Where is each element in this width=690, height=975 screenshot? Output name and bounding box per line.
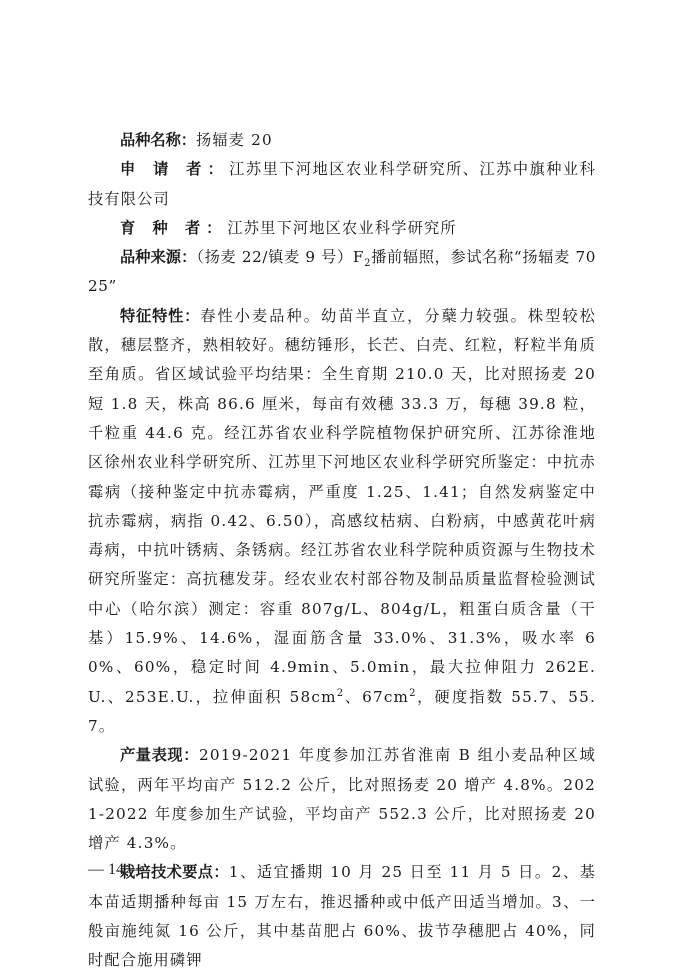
characteristics-label: 特征特性：: [120, 307, 200, 325]
document-page: 品种名称：扬辐麦 20 申 请 者：江苏里下河地区农业科学研究所、江苏中旗种业科…: [88, 126, 596, 975]
characteristics-paragraph: 特征特性：春性小麦品种。幼苗半直立，分蘖力较强。株型较松散，穗层整齐，熟相较好。…: [88, 302, 596, 741]
characteristics-value-part1: 春性小麦品种。幼苗半直立，分蘖力较强。株型较松散，穗层整齐，熟相较好。穗纺锤形，…: [88, 307, 596, 706]
cultivation-paragraph: 栽培技术要点：1、适宜播期 10 月 25 日至 11 月 5 日。2、基本苗适…: [88, 858, 596, 975]
origin-subscript: 2: [364, 258, 371, 269]
origin-paragraph: 品种来源：（扬麦 22/镇麦 9 号）F2播前辐照，参试名称“扬辐麦 7025”: [88, 243, 596, 302]
characteristics-value-part2: 、67cm: [344, 688, 409, 706]
variety-name-label: 品种名称：: [120, 131, 196, 149]
origin-label: 品种来源：: [120, 248, 196, 266]
variety-name-paragraph: 品种名称：扬辐麦 20: [88, 126, 596, 155]
applicant-label: 申 请 者：: [120, 160, 229, 178]
applicant-paragraph: 申 请 者：江苏里下河地区农业科学研究所、江苏中旗种业科技有限公司: [88, 155, 596, 214]
variety-name-value: 扬辐麦 20: [196, 131, 273, 149]
breeder-label: 育 种 者：: [120, 219, 227, 237]
yield-paragraph: 产量表现：2019-2021 年度参加江苏省淮南 B 组小麦品种区域试验，两年平…: [88, 741, 596, 858]
breeder-paragraph: 育 种 者：江苏里下河地区农业科学研究所: [88, 214, 596, 243]
yield-label: 产量表现：: [120, 746, 199, 764]
breeder-value: 江苏里下河地区农业科学研究所: [227, 219, 456, 237]
origin-value-part1: （扬麦 22/镇麦 9 号）F: [196, 248, 364, 266]
characteristics-sup1: 2: [337, 688, 344, 699]
page-number: — 14 —: [88, 861, 144, 879]
